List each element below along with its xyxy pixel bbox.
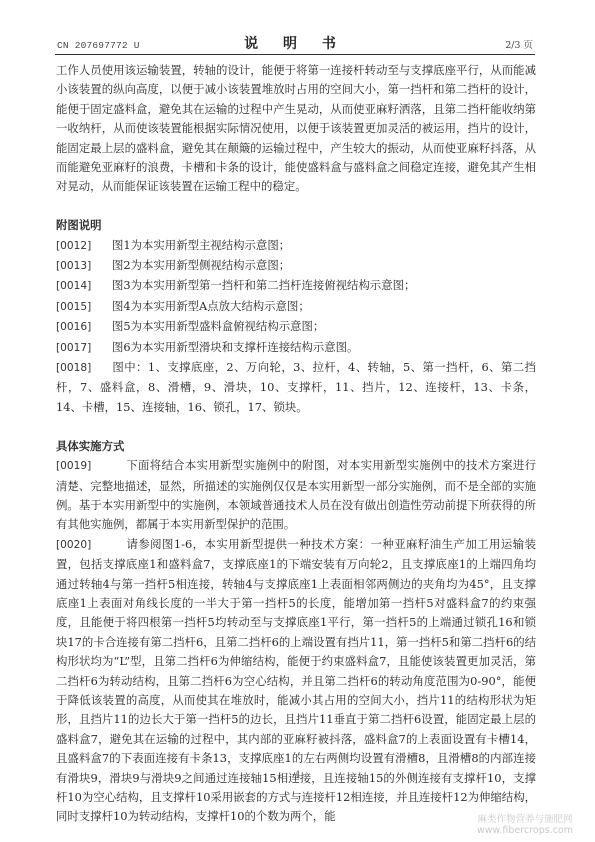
watermark: 麻类作物营养与施肥网 www.fibercrops.com — [477, 814, 573, 836]
watermark-url: www.fibercrops.com — [477, 825, 573, 836]
numbered-paragraph: [0014]图3为本实用新型第一挡杆和第二挡杆连接俯视结构示意图； — [56, 276, 536, 296]
document-title: 说 明 书 — [55, 33, 535, 53]
paragraph-number: [0012] — [56, 237, 112, 256]
numbered-paragraph: [0017]图6为本实用新型滑块和支撑杆连接结构示意图。 — [56, 338, 536, 358]
numbered-paragraph: [0015]图4为本实用新型A点放大结构示意图； — [56, 297, 536, 317]
paragraph-text: 图2为本实用新型侧视结构示意图； — [112, 258, 290, 272]
paragraph-number: [0013] — [56, 257, 112, 276]
numbered-paragraph: [0012]图1为本实用新型主视结构示意图； — [56, 236, 536, 256]
intro-paragraph: 工作人员使用该运输装置，转轴的设计，能便于将第一连接杆转动至与支撑底座平行，从而… — [56, 61, 536, 197]
section-heading-embodiment: 具体实施方式 — [56, 437, 536, 456]
spacer — [56, 197, 536, 216]
paragraph-text: 图6为本实用新型滑块和支撑杆连接结构示意图。 — [112, 340, 358, 354]
paragraph-number: [0020] — [56, 536, 112, 555]
paragraph-number: [0017] — [56, 339, 112, 358]
page-info: 2/3 页 — [505, 37, 533, 51]
document-body: 工作人员使用该运输装置，转轴的设计，能便于将第一连接杆转动至与支撑底座平行，从而… — [56, 61, 536, 827]
numbered-paragraph: [0020]请参阅图1-6，本实用新型提供一种技术方案：一种亚麻籽油生产加工用运… — [56, 535, 536, 827]
page-number: 4 — [0, 770, 595, 781]
document-header: CN 207697772 U 说 明 书 2/3 页 — [55, 32, 535, 55]
paragraph-number: [0016] — [56, 318, 112, 337]
numbered-paragraph: [0016]图5为本实用新型盛料盒俯视结构示意图； — [56, 317, 536, 337]
paragraph-text: 图3为本实用新型第一挡杆和第二挡杆连接俯视结构示意图； — [112, 278, 415, 292]
spacer — [56, 417, 536, 436]
numbered-paragraph: [0013]图2为本实用新型侧视结构示意图； — [56, 256, 536, 276]
paragraph-text: 下面将结合本实用新型实施例中的附图，对本实用新型实施例中的技术方案进行清楚、完整… — [56, 458, 536, 531]
paragraph-number: [0019] — [56, 457, 112, 476]
paragraph-number: [0014] — [56, 277, 112, 296]
watermark-site-name: 麻类作物营养与施肥网 — [477, 814, 573, 825]
numbered-paragraph: [0019]下面将结合本实用新型实施例中的附图，对本实用新型实施例中的技术方案进… — [56, 456, 536, 535]
paragraph-text: 图1为本实用新型主视结构示意图； — [112, 238, 290, 252]
paragraph-text: 图4为本实用新型A点放大结构示意图； — [112, 299, 310, 313]
paragraph-text: 图中：1、支撑底座，2、万向轮，3、拉杆，4、转轴，5、第一挡杆，6、第二挡杆，… — [56, 360, 536, 414]
paragraph-text: 图5为本实用新型盛料盒俯视结构示意图； — [112, 319, 324, 333]
paragraph-number: [0015] — [56, 298, 112, 317]
paragraph-number: [0018] — [56, 359, 112, 378]
numbered-paragraph: [0018]图中：1、支撑底座，2、万向轮，3、拉杆，4、转轴，5、第一挡杆，6… — [56, 358, 536, 417]
section-heading-figures: 附图说明 — [56, 216, 536, 235]
